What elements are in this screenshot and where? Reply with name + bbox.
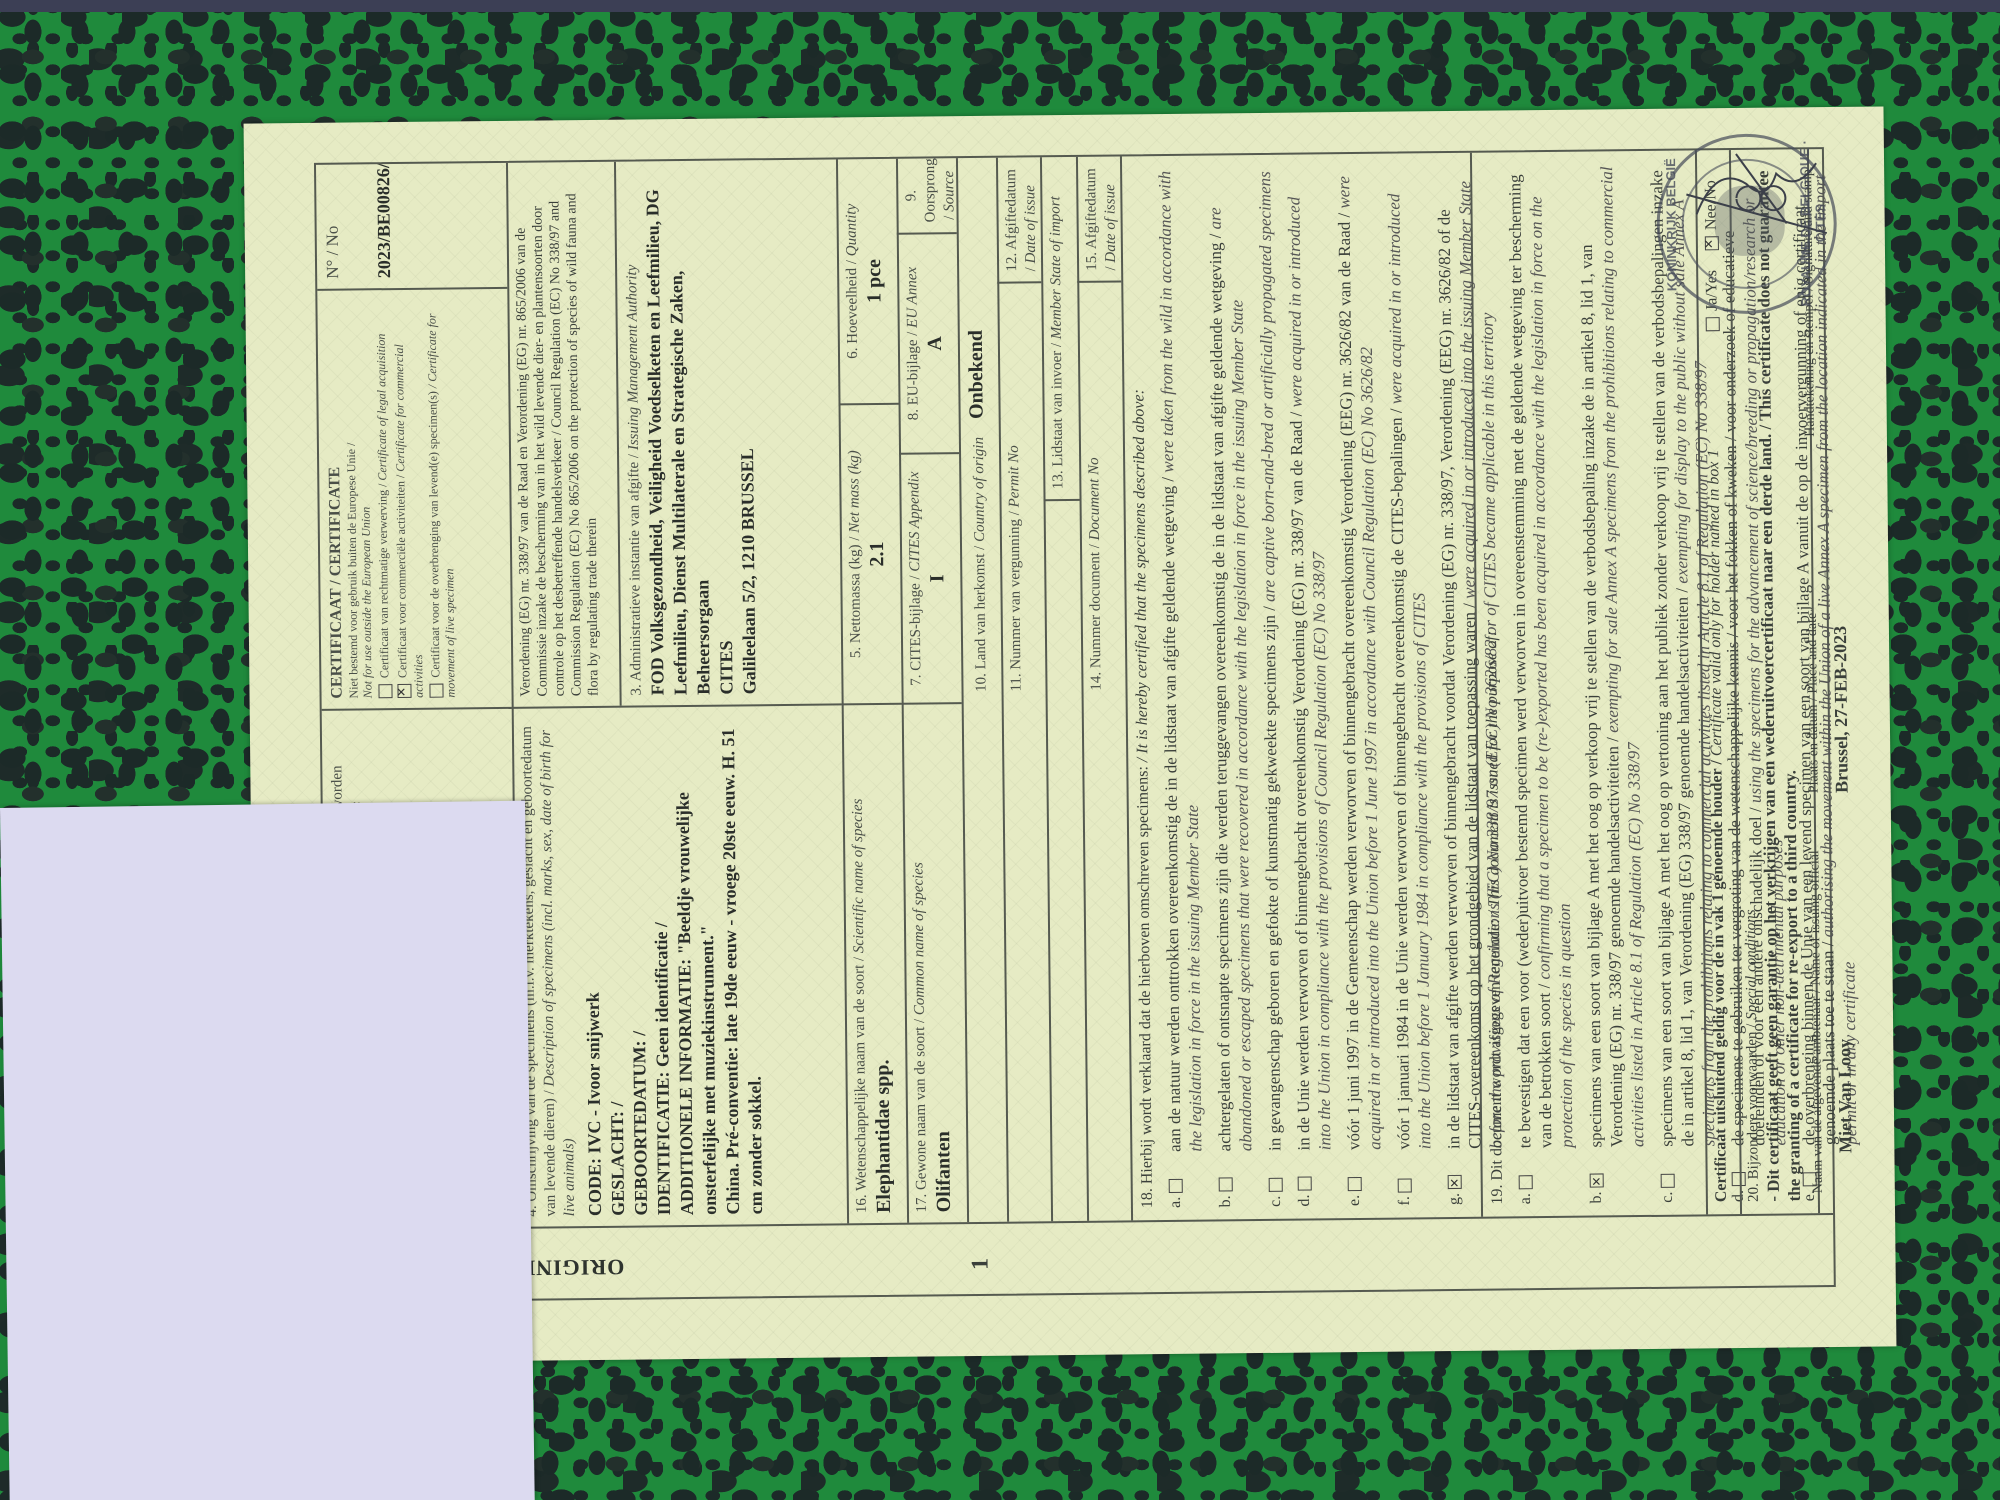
official-name: Miet Van Looy [1834, 1039, 1856, 1153]
declaration-item-checkbox[interactable] [1398, 1178, 1412, 1192]
box-8: 8. EU-bijlage / EU Annex A [897, 232, 959, 453]
certificate-option-checkbox[interactable] [397, 684, 411, 698]
place-date: Brussel, 27-FEB-2023 [1830, 626, 1853, 793]
certificate-frame: ORIGINEEL / ORIGINAL 1 2. Plaats waar le… [314, 147, 1836, 1303]
certificate-option: Certificaat van rechtmatige verwerving /… [373, 300, 392, 698]
purpose-item: a. te bevestigen dat een voor (weder)uit… [1504, 164, 1578, 1205]
box-17: 17. Gewone naam van de soort / Common na… [902, 702, 967, 1223]
declaration-item: b. achtergelaten of ontsnapte specimens … [1204, 167, 1257, 1207]
certificate-number-value: 2023/BE00826/CE [371, 174, 397, 278]
certificate-option-checkbox[interactable] [429, 684, 443, 698]
box-11: 11. Nummer van vergunning / Permit No [997, 281, 1045, 701]
purpose-item: b. specimens van een soort van bijlage A… [1575, 163, 1649, 1204]
signature-icon [1676, 133, 1837, 255]
declaration-item: f. vóór 1 januari 1984 in de Unie werden… [1383, 165, 1436, 1205]
background-edge [0, 0, 2000, 12]
box-1-number: 1 [967, 1258, 994, 1270]
box-12: 12. Afgiftedatum / Date of issue [996, 157, 1041, 281]
declaration-item: c. in gevangenschap geboren en gefokte o… [1254, 167, 1286, 1207]
cover-sheet [0, 801, 535, 1500]
certificate-option: Certificaat voor commerciële activiteite… [392, 300, 425, 698]
regulation-text: Verordening (EG) nr. 338/97 van de Raad … [506, 162, 622, 707]
declaration-item-checkbox[interactable] [1298, 1176, 1312, 1190]
certificate-option-checkbox[interactable] [379, 684, 393, 698]
description-line: ADDITIONELE INFORMATIE: "Beeldje vrouwel… [671, 717, 722, 1215]
box-7: 7. CITES-bijlage / CITES Appendix I [899, 452, 962, 703]
box-5: 5. Nettomassa (kg) / Net mass (kg) 2.1 [839, 403, 902, 704]
certificate-option: Certificaat voor de overbrenging van lev… [424, 299, 457, 697]
box-3: 3. Administratieve instantie van afgifte… [616, 160, 768, 705]
purpose-item-checkbox[interactable] [1590, 1173, 1604, 1187]
declaration-item-checkbox[interactable] [1169, 1179, 1183, 1193]
box-10: 10. Land van herkomst / Country of origi… [956, 158, 1002, 702]
certificate-type: CERTIFICAAT / CERTIFICATE Niet bestemd v… [317, 287, 511, 709]
declaration-item: d. in de Unie werden verworven of binnen… [1283, 166, 1336, 1206]
box-9: 9. Oorsprong / Source O/U [896, 158, 957, 233]
box-16: 16. Wetenschappelijke naam van de soort … [842, 703, 907, 1224]
certificate-number: N° / No 2023/BE00826/CE [316, 163, 507, 289]
declaration-item-checkbox[interactable] [1348, 1177, 1362, 1191]
box-6: 6. Hoeveelheid / Quantity 1 pce [836, 159, 899, 404]
declaration-item: e. vóór 1 juni 1997 in de Gemeenschap we… [1333, 166, 1386, 1206]
declaration-item-checkbox[interactable] [1269, 1178, 1283, 1192]
purpose-item-checkbox[interactable] [1661, 1174, 1675, 1188]
declaration-item-checkbox[interactable] [1219, 1177, 1233, 1191]
box-14: 14. Nummer document / Document No [1077, 280, 1125, 700]
description-line: China. Pré-conventie: late 19de eeuw - v… [717, 716, 768, 1214]
authority-line: Galileelaan 5/2, 1210 BRUSSEL [733, 170, 761, 694]
purpose-item-checkbox[interactable] [1519, 1175, 1533, 1189]
certificate-options: Certificaat van rechtmatige verwerving /… [373, 299, 457, 698]
row-description: 4. Omschrijving van de specimens (m.i.v.… [506, 159, 849, 1226]
declaration-item: a. aan de natuur werden onttrokken overe… [1154, 168, 1207, 1208]
box-18: 18. Hierbij wordt verklaard dat de hierb… [1120, 153, 1483, 1221]
yes-checkbox[interactable] [1706, 317, 1720, 331]
box-15: 15. Afgiftedatum / Date of issue [1076, 156, 1121, 280]
box-4: 4. Omschrijving van de specimens (m.i.v.… [512, 703, 847, 1226]
scientific-name: Elephantidae spp. [867, 715, 897, 1213]
declaration-item-checkbox[interactable] [1448, 1175, 1462, 1189]
box-13: 13. Lidstaat van invoer / Member State o… [1040, 157, 1080, 501]
authority-line: Leefmilieu, Dienst Multilaterale en Stra… [664, 171, 715, 695]
common-name: Olifanten [927, 714, 957, 1212]
